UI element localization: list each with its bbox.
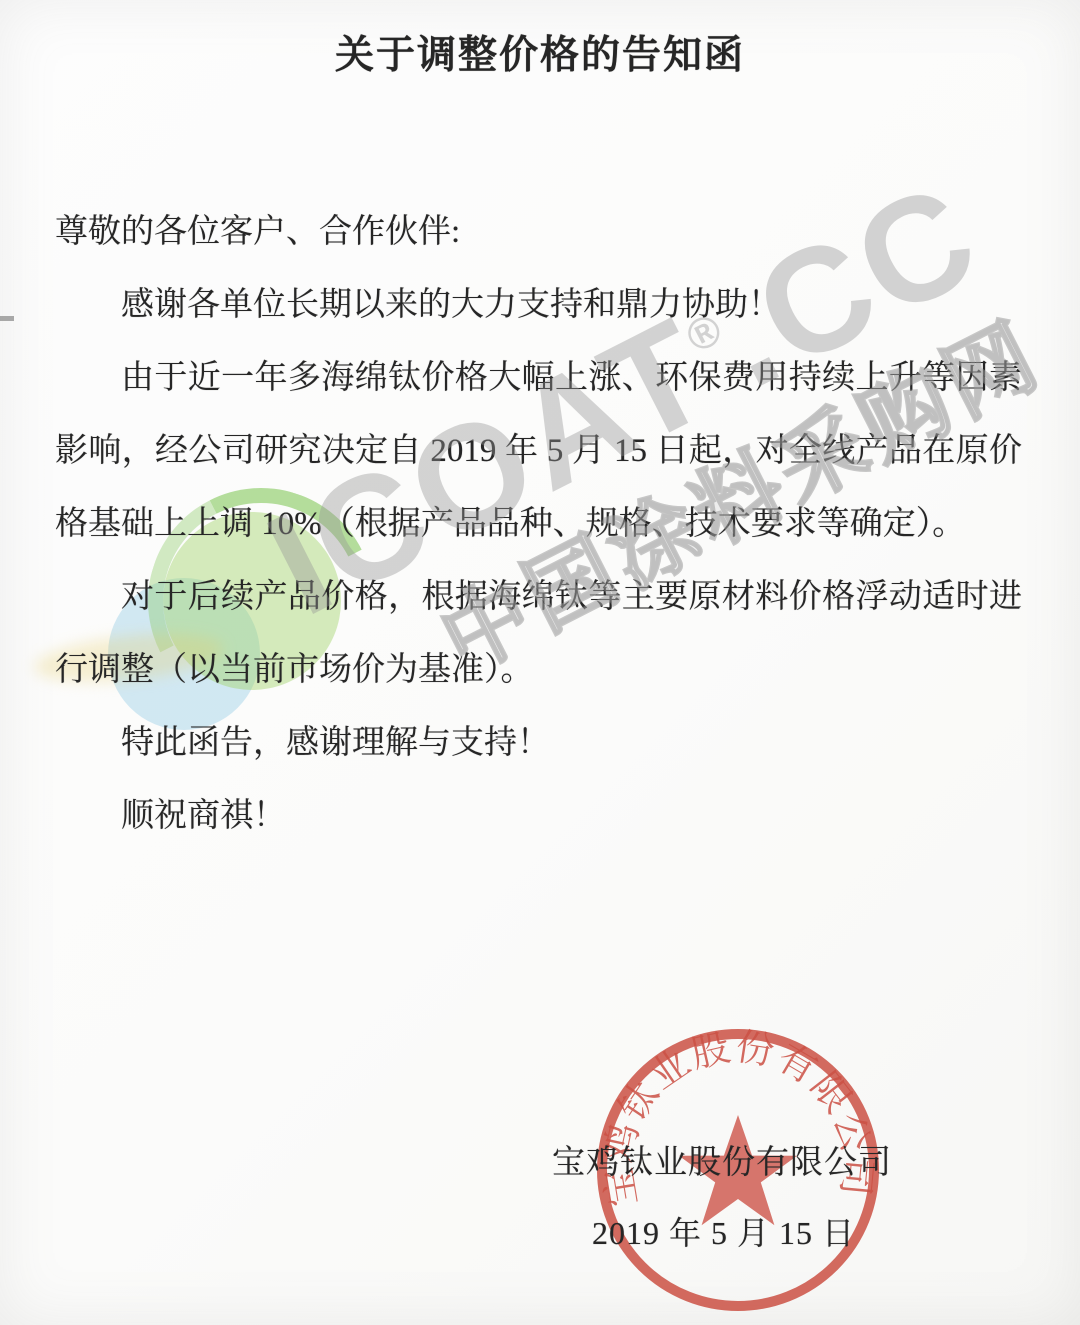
signature-date: 2019 年 5 月 15 日 (592, 1208, 855, 1254)
signature-company: 宝鸡钛业股份有限公司 (552, 1136, 892, 1183)
scanned-letter-page: 关于调整价格的告知函 尊敬的各位客户、合作伙伴: 感谢各单位长期以来的大力支持和… (0, 0, 1080, 1325)
letter-body: 尊敬的各位客户、合作伙伴: 感谢各单位长期以来的大力支持和鼎力协助！ 由于近一年… (55, 196, 1022, 853)
paragraph-future-pricing: 对于后续产品价格，根据海绵钛等主要原材料价格浮动适时进行调整（以当前市场价为基准… (55, 561, 1022, 707)
paragraph-thanks: 感谢各单位长期以来的大力支持和鼎力协助！ (55, 269, 1022, 342)
scan-edge-artifact (0, 316, 14, 321)
paragraph-well-wishes: 顺祝商祺！ (55, 780, 1022, 853)
paragraph-closing-notice: 特此函告，感谢理解与支持！ (55, 707, 1022, 780)
salutation: 尊敬的各位客户、合作伙伴: (55, 196, 1022, 269)
letter-title: 关于调整价格的告知函 (0, 0, 1080, 80)
paragraph-price-increase: 由于近一年多海绵钛价格大幅上涨、环保费用持续上升等因素影响，经公司研究决定自 2… (55, 342, 1022, 561)
